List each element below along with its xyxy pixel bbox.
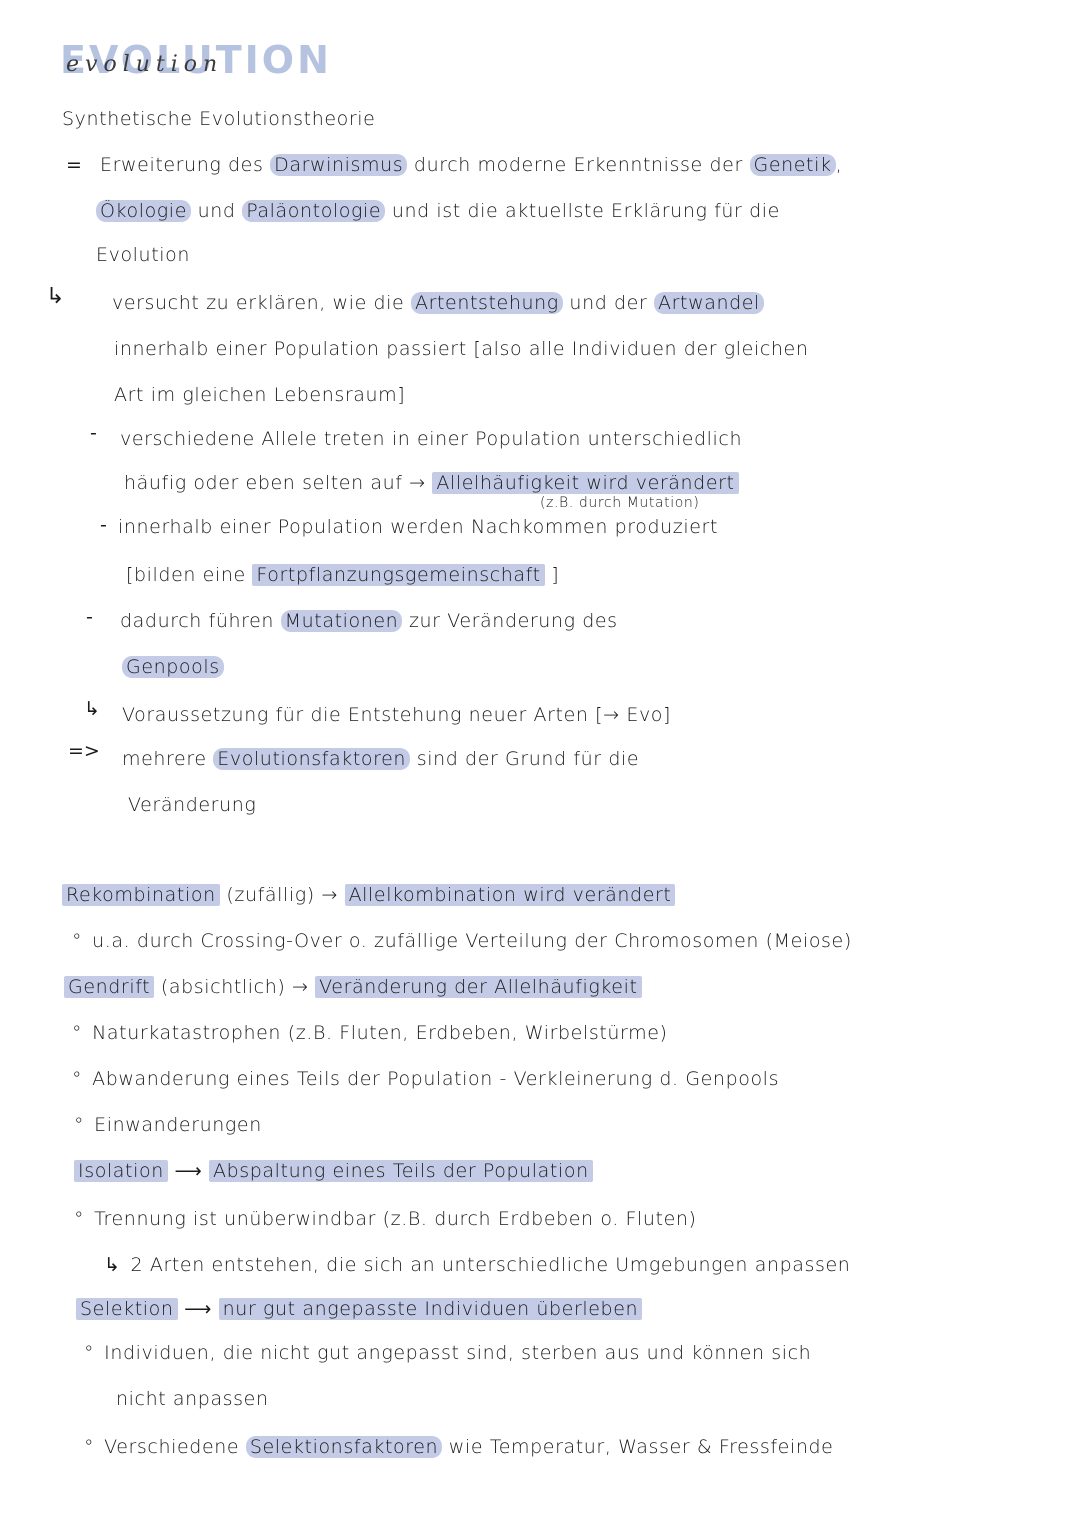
- highlight-evolutionsfaktoren: Evolutionsfaktoren: [213, 748, 410, 770]
- arrow-marker-icon: ↳: [104, 1252, 121, 1278]
- selektion-bullet-2: °Verschiedene Selektionsfaktoren wie Tem…: [84, 1434, 833, 1460]
- factor-gendrift: Gendrift (absichtlich) → Veränderung der…: [64, 974, 642, 1000]
- point-4-line-1: Voraussetzung für die Entstehung neuer A…: [122, 702, 671, 728]
- point-5-line-2: Veränderung: [128, 792, 256, 818]
- title-script-overlay: evolution: [66, 52, 223, 77]
- gendrift-bullet-1: °Naturkatastrophen (z.B. Fluten, Erdbebe…: [72, 1020, 668, 1046]
- arrow-marker-icon: ↳: [46, 284, 64, 310]
- point-1-line-2: häufig oder eben selten auf → Allelhäufi…: [124, 470, 739, 496]
- highlight-veraenderung-allelhaeufigkeit: Veränderung der Allelhäufigkeit: [315, 976, 641, 998]
- highlight-mutationen: Mutationen: [281, 610, 403, 632]
- selektion-bullet-1-line-2: nicht anpassen: [116, 1386, 269, 1412]
- point-3-line-2: Genpools: [122, 654, 224, 680]
- definition-line-1: Erweiterung des Darwinismus durch modern…: [100, 152, 842, 178]
- isolation-sub: ↳2 Arten entstehen, die sich an untersch…: [104, 1252, 850, 1278]
- highlight-angepasste-individuen: nur gut angepasste Individuen überleben: [219, 1298, 642, 1320]
- point-1-note: (z.B. durch Mutation): [540, 494, 699, 512]
- factor-rekombination: Rekombination (zufällig) → Allelkombinat…: [62, 882, 675, 908]
- selektion-bullet-1: °Individuen, die nicht gut angepasst sin…: [84, 1340, 811, 1366]
- bullet-icon: °: [84, 1340, 94, 1366]
- title-block: EVOLUTION evolution: [60, 38, 332, 88]
- highlight-isolation: Isolation: [74, 1160, 168, 1182]
- bullet-icon: °: [72, 928, 82, 954]
- dash-marker: -: [90, 420, 97, 446]
- point-2-line-1: innerhalb einer Population werden Nachko…: [118, 514, 718, 540]
- explain-line-2: innerhalb einer Population passiert [als…: [114, 336, 808, 362]
- factor-selektion: Selektion ⟶ nur gut angepasste Individue…: [76, 1296, 642, 1322]
- point-3-line-1: dadurch führen Mutationen zur Veränderun…: [120, 608, 618, 634]
- highlight-artentstehung: Artentstehung: [411, 292, 563, 314]
- gendrift-bullet-2: °Abwanderung eines Teils der Population …: [72, 1066, 779, 1092]
- highlight-abspaltung: Abspaltung eines Teils der Population: [209, 1160, 593, 1182]
- section-heading: Synthetische Evolutionstheorie: [62, 106, 375, 132]
- note-page: EVOLUTION evolution Synthetische Evoluti…: [0, 0, 1080, 1527]
- bullet-icon: °: [84, 1434, 94, 1460]
- highlight-rekombination: Rekombination: [62, 884, 220, 906]
- arrow-marker-icon: ↳: [84, 696, 100, 722]
- isolation-bullet: °Trennung ist unüberwindbar (z.B. durch …: [74, 1206, 697, 1232]
- highlight-artwandel: Artwandel: [654, 292, 764, 314]
- highlight-fortpflanzungsgemeinschaft: Fortpflanzungsgemeinschaft: [252, 564, 544, 586]
- highlight-genetik: Genetik: [750, 154, 836, 176]
- rekombination-bullet: °u.a. durch Crossing-Over o. zufällige V…: [72, 928, 852, 954]
- bullet-icon: °: [74, 1112, 84, 1138]
- highlight-selektionsfaktoren: Selektionsfaktoren: [246, 1436, 442, 1458]
- point-1-line-1: verschiedene Allele treten in einer Popu…: [120, 426, 742, 452]
- gendrift-bullet-3: °Einwanderungen: [74, 1112, 262, 1138]
- highlight-genpools: Genpools: [122, 656, 224, 678]
- dash-marker: -: [86, 604, 93, 630]
- bullet-icon: °: [72, 1066, 82, 1092]
- definition-line-2: Ökologie und Paläontologie und ist die a…: [96, 198, 780, 224]
- highlight-palaeontologie: Paläontologie: [242, 200, 385, 222]
- dash-marker: -: [100, 512, 107, 538]
- point-5-line-1: mehrere Evolutionsfaktoren sind der Grun…: [122, 746, 639, 772]
- explain-line-1: versucht zu erklären, wie die Artentsteh…: [112, 290, 764, 316]
- definition-line-3: Evolution: [96, 242, 190, 268]
- implies-marker: =>: [68, 738, 100, 764]
- factor-isolation: Isolation ⟶ Abspaltung eines Teils der P…: [74, 1158, 593, 1184]
- highlight-allelkombination: Allelkombination wird verändert: [345, 884, 676, 906]
- bullet-icon: °: [74, 1206, 84, 1232]
- explain-line-3: Art im gleichen Lebensraum]: [114, 382, 405, 408]
- highlight-gendrift: Gendrift: [64, 976, 154, 998]
- highlight-oekologie: Ökologie: [96, 200, 191, 222]
- highlight-allelhaeufigkeit: Allelhäufigkeit wird verändert: [432, 472, 738, 494]
- highlight-darwinismus: Darwinismus: [270, 154, 407, 176]
- highlight-selektion: Selektion: [76, 1298, 178, 1320]
- point-2-line-2: [bilden eine Fortpflanzungsgemeinschaft …: [126, 562, 559, 588]
- bullet-icon: °: [72, 1020, 82, 1046]
- equals-marker: =: [66, 152, 82, 178]
